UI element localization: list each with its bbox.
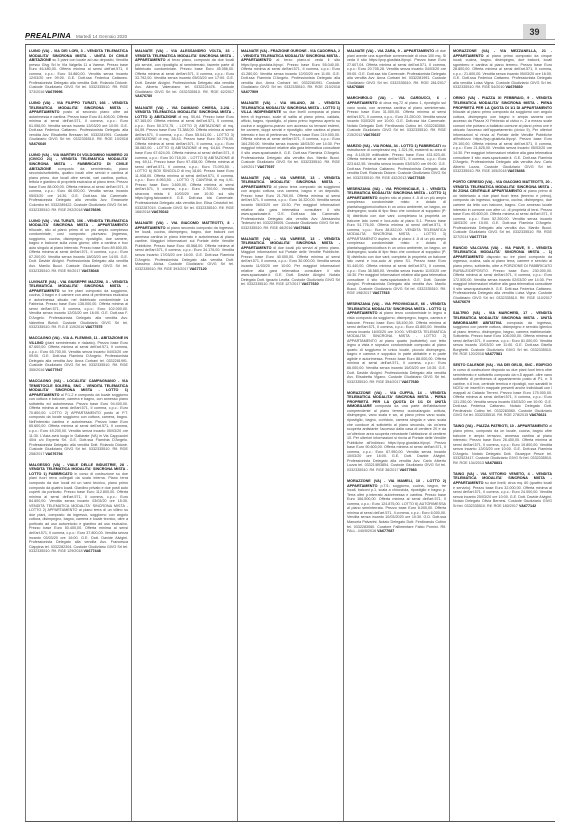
notice-body: composto da seminterrato, piano secondo/… (29, 167, 128, 212)
notice-code: VA676821 (294, 226, 311, 230)
notice-code: VA677719 (469, 235, 486, 239)
auction-notices-grid: LUINO (VA) - VIA DEI LORI, 3 - VENDITA T… (25, 44, 555, 822)
column-4: MALNATE (VA) - VIA ZARA, 9 - APPARTAMENT… (343, 45, 449, 821)
notice-code: VA676042 (151, 210, 168, 214)
auction-notice: MALNATE (VA) - VIA VARESE, 13 - VENDITA … (241, 237, 340, 287)
notice-code: VA678466 (508, 169, 525, 173)
notice-code: VA677680 (402, 380, 419, 384)
auction-notice: MALNATE (VA) - VIA DAMIANO CHIESA, 2-2/A… (135, 106, 234, 215)
auction-notice: MALGESSO (VA) - VIALE DELLE INDUSTRIE, 2… (29, 463, 128, 554)
notice-body: su due livelli, circa mq. 60 (quattro lo… (453, 481, 552, 508)
notice-body: p.T/1: soggiorno, cucina, bagno, tre loc… (347, 484, 446, 533)
auction-notice: LUINO (VA) - VIA DEI LORI, 3 - VENDITA T… (29, 49, 128, 94)
notice-code: VA677509 (241, 90, 258, 94)
notice-body: posto al secondo piano oltre ad autorime… (29, 110, 128, 141)
auction-notice: LUINO (VA) - VIA TURATI, 106 - VENDITA T… (29, 219, 128, 274)
notice-code: VA677575 (85, 325, 102, 329)
auction-notice: MARCHIROLO (VA) - VIA CARDUCCI, 6 - APPA… (347, 96, 446, 137)
masthead: PREALPINA Martedì 14 Gennaio 2020 (25, 26, 555, 40)
notice-body: su tre piani composto da soggiorno, cuci… (29, 289, 128, 329)
notice-code: VA676640 (29, 142, 46, 146)
auction-notice: MESENZANA (VA) - VIA PROVINCIALE, 66 - V… (347, 302, 446, 384)
notice-code: VA676660 (506, 85, 523, 89)
header-rule (25, 39, 555, 40)
auction-notice: MESENZANA (VA) - VIA PROVINCIALE, 1 - VE… (347, 187, 446, 296)
notice-code: VA677142 (519, 504, 536, 508)
auction-notice: MACCAGNO (VA) - VIA A. FLEMING, 11 - ABI… (29, 336, 128, 372)
notice-body: in corso di costruzione disposto su due … (453, 368, 552, 417)
notice-body: al piano primo di un fabbricato a due pi… (453, 189, 552, 238)
notice-body: disposto su tre piani composto da ingres… (453, 255, 552, 300)
auction-notice: MALNATE (VA) - VIA MILANO, 28 - VENDITA … (241, 101, 340, 169)
auction-notice: LUINO (VA) - VIA FILIPPO TURATI, 166 - V… (29, 101, 128, 146)
auction-notice: MALNATE (VA) - VIA ZARA, 9 - APPARTAMENT… (347, 49, 446, 90)
auction-notice: MALNATE (VA) - FRAZIONE GURONE - VIA CAD… (241, 49, 340, 94)
auction-notice: SALTRIO (VA) - VIA MARCHESI, 17 - VENDIT… (453, 311, 552, 356)
notice-code: VA677630 (301, 282, 318, 286)
column-1: LUINO (VA) - VIA DEI LORI, 3 - VENDITA T… (25, 45, 131, 821)
notice-body: al piano secondo composto da ingresso, t… (135, 226, 234, 271)
auction-notice: MORAZZONE (VA) - VIA MEZZANELLA, 21 - AP… (453, 49, 552, 90)
notice-body: da ristrutturare di complessivi mq. 1.32… (347, 144, 446, 180)
notice-body: (piani seminterrato e rialzato). Prezzo … (29, 341, 128, 372)
notice-code: VA677120 (190, 267, 207, 271)
notice-body: di circa mq.72 al piano 1, ripostiglio s… (347, 101, 446, 137)
notice-headline: MARZIO (VA) - VIA ROMA, 34 - LOTTO 1) FA… (347, 144, 441, 148)
notice-body: trilocale, sito al piano primo di un più… (29, 228, 128, 273)
auction-notice: MORAZZONE (VA) - VIA CUFFIA, 14 - VENDIT… (347, 391, 446, 473)
notice-body: al terzo piano.si veda il sito https://p… (241, 58, 340, 89)
notice-headline: SESTO CALENDE (VA) - VIA DEI GELSI, SNC … (453, 363, 552, 367)
notice-body: in corso di costruzione su due piani fuo… (29, 472, 128, 553)
auction-notice: TAINO (VA) - VIA VITTORIO VENETO, 4 - VE… (453, 472, 552, 508)
notice-code: VA678831 (485, 461, 502, 465)
notice-code: VA677448 (84, 549, 101, 553)
notice-code: VA676780 (135, 94, 152, 98)
notice-body: su 3 piani con locale ad uso deposito. V… (29, 58, 128, 94)
notice-code: VA676621 (529, 413, 546, 417)
notice-code: VA676637 (363, 133, 380, 137)
notice-body: di due piani avente una superficie comme… (347, 49, 446, 85)
auction-notice: MALNATE (VA) - VIA ALESSANDRO VOLTA, 33 … (135, 49, 234, 99)
column-3: MALNATE (VA) - FRAZIONE GURONE - VIA CAD… (237, 45, 343, 821)
notice-body: al P.1-2 e composto da locale soggiorno … (29, 393, 128, 456)
auction-notice: MARZIO (VA) - VIA ROMA, 34 - LOTTO 1) FA… (347, 144, 446, 180)
notice-headline: LUINO (VA) - VIA TURATI, 106 - VENDITA T… (29, 219, 128, 228)
column-5: MORAZZONE (VA) - VIA MEZZANELLA, 21 - AP… (449, 45, 555, 821)
notice-code: VA676696 (84, 208, 101, 212)
notice-code: VA676880 (347, 85, 364, 89)
notice-code: VA677515 (372, 291, 389, 295)
auction-notice: TAINO (VA) - PIAZZA PATRIOTI, 10 - APPAR… (453, 424, 552, 465)
notice-code: VA676794 (45, 452, 62, 456)
notice-body: al piano terra composto da soggiorno con… (241, 185, 340, 230)
notice-code: VA677697 (257, 165, 274, 169)
page-number: 39 (523, 24, 546, 39)
auction-notice: LUVINATE (VA) - VIA GIUSEPPE MAZZINI, 3 … (29, 280, 128, 330)
notice-body: su due livelli composta al piano terra d… (241, 110, 340, 169)
notice-code: VA678048 (82, 269, 99, 273)
notice-code: VA677581 (485, 352, 502, 356)
auction-notice: SESTO CALENDE (VA) - VIA DEI GELSI, SNC … (453, 363, 552, 418)
auction-notice: ORINO (VA) - PIAZZA XI FEBBRAIO, 9 - VEN… (453, 96, 552, 173)
notice-headline: TAINO (VA) - PIAZZA PATRIOTI, 10 - APPAR… (453, 424, 548, 428)
notice-body: composta da ingresso, soggiorno con pare… (453, 321, 552, 357)
notice-code: VA677087 (377, 529, 394, 533)
auction-notice: PORTO CERESIO (VA) - VIA GIACOMO MATTEOT… (453, 180, 552, 239)
notice-code: VA679996 (45, 90, 62, 94)
notice-body: duplex sito al piano 4 -5 di un più ampi… (347, 196, 446, 295)
auction-notice: RANCIO VALCUVIA (VA) - VIA PIAVE, 5 - VE… (453, 246, 552, 305)
notice-body: composta da una parte dell'abitazione co… (347, 404, 446, 472)
auction-notice: MACCAGNO (VA) - LOCALITA' CAMPAGNANO - V… (29, 379, 128, 456)
notice-body: al piano terzo condominiale in legno a v… (347, 311, 446, 383)
notice-body: bilocale al piano primo composto da sogg… (453, 110, 552, 173)
notice-code: VA676679 (453, 300, 470, 304)
notice-code: VA677635 (407, 176, 424, 180)
notice-body: al terzo piano, composto da due locali p… (135, 58, 234, 94)
notice-headline: MALNATE (VA) - VIA ZARA, 9 - APPARTAMENT… (347, 49, 434, 53)
notice-body: di mq. 50,64. Prezzo base Euro 67.165,00… (135, 115, 234, 214)
notice-code: VA677947 (45, 368, 62, 372)
notice-body: di due locali più servizi al primo piano… (241, 246, 340, 286)
notice-code: VA677983 (400, 468, 417, 472)
auction-notice: LUINO (VA) - VIA MARTIRI DI VOLDOMINO NU… (29, 153, 128, 212)
notice-body: al piano primo, composto da un locale, c… (453, 424, 552, 464)
notice-headline: ORINO (VA) - PIAZZA XI FEBBRAIO, 9 - VEN… (453, 96, 552, 109)
column-2: MALNATE (VA) - VIA ALESSANDRO VOLTA, 33 … (131, 45, 237, 821)
notice-body: al piano primo composto da cinque locali… (453, 54, 552, 90)
auction-notice: MALNATE (VA) - VIA GIACOMO MATTEOTTI, 8 … (135, 221, 234, 271)
auction-notice: MALNATE (VA) - VIA VARESE, 13 - VENDITA … (241, 176, 340, 231)
auction-notice: MORAZZONE (VA) - VIA MAMELI, 10 - LOTTO … (347, 479, 446, 534)
